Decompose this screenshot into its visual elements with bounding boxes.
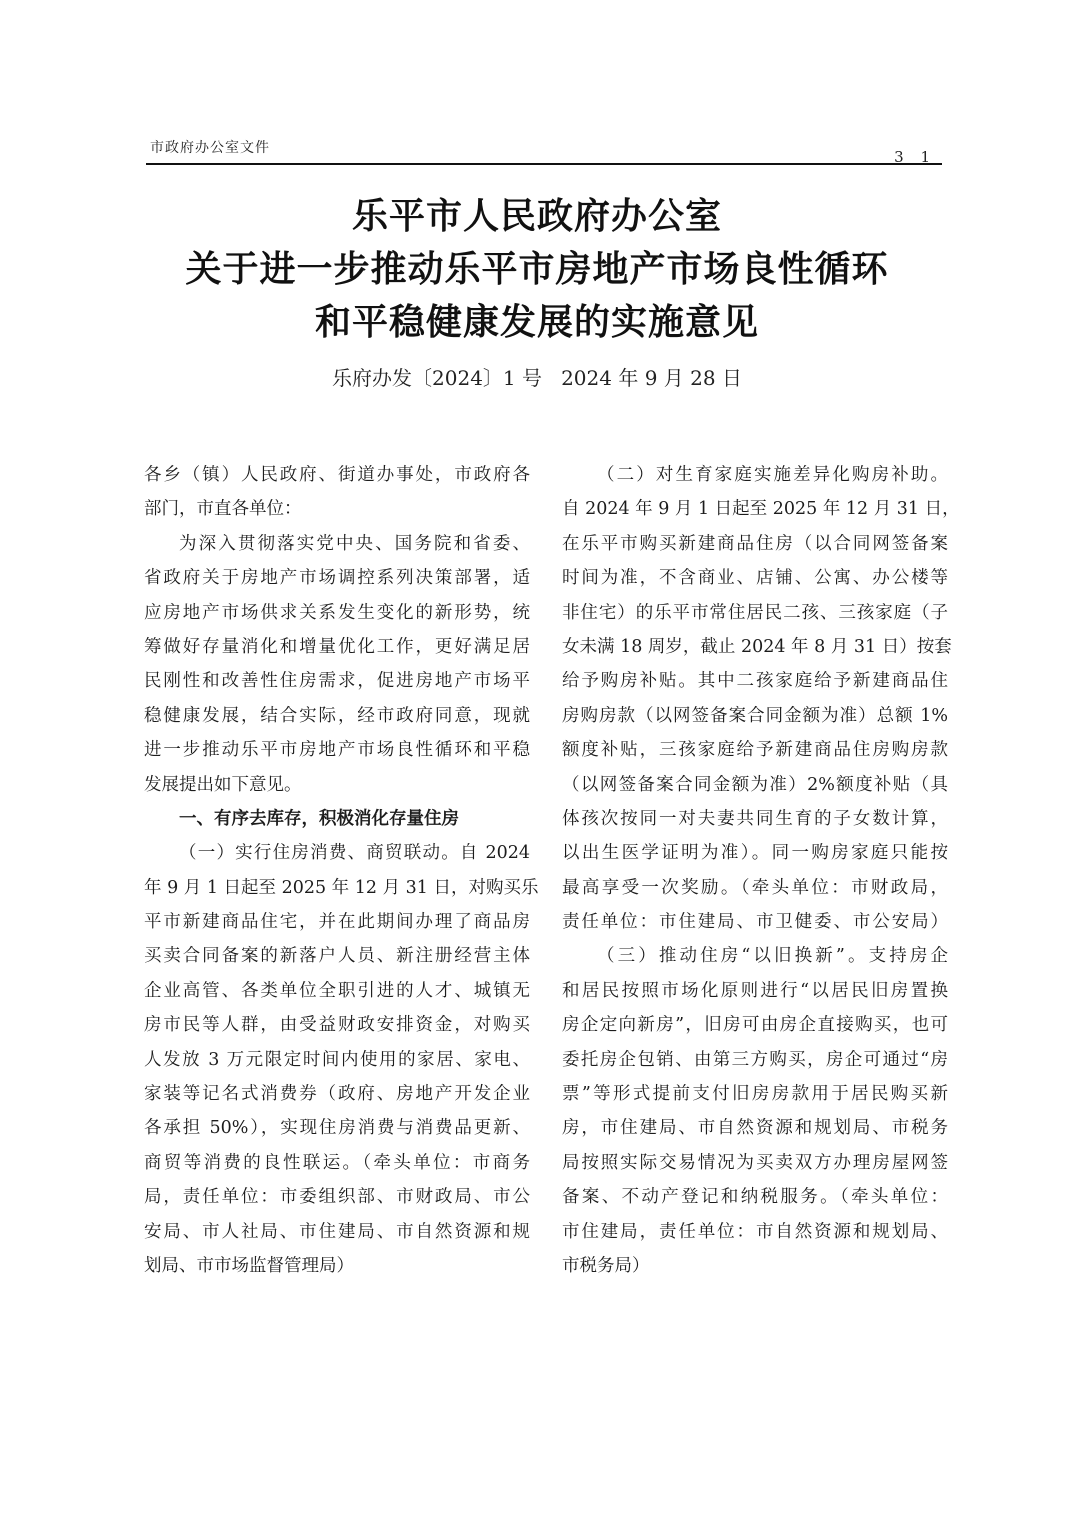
text-line: 票”等形式提前支付旧房房款用于居民购买新	[562, 1077, 948, 1111]
line-text: 委托房企包销、由第三方购买，房企可通过“房	[562, 1043, 948, 1077]
line-text: 为深入贯彻落实党中央、国务院和省委、	[179, 527, 530, 561]
text-line: 买卖合同备案的新落户人员、新注册经营主体	[144, 939, 530, 973]
line-text: 房市民等人群，由受益财政安排资金，对购买	[144, 1008, 530, 1042]
right-column: （二）对生育家庭实施差异化购房补助。自 2024 年 9 月 1 日起至 202…	[562, 458, 948, 1283]
document-page: 市政府办公室文件 3 1 乐平市人民政府办公室 关于进一步推动乐平市房地产市场良…	[0, 0, 1074, 1520]
line-text: 自 2024 年 9 月 1 日起至 2025 年 12 月 31 日，	[562, 492, 948, 526]
line-text: （三）推动住房“以旧换新”。支持房企	[597, 939, 948, 973]
text-line: 体孩次按同一对夫妻共同生育的子女数计算，	[562, 802, 948, 836]
text-line: 家装等记名式消费券（政府、房地产开发企业	[144, 1077, 530, 1111]
line-text: 筹做好存量消化和增量优化工作，更好满足居	[144, 630, 530, 664]
text-line: 应房地产市场供求关系发生变化的新形势，统	[144, 596, 530, 630]
line-text: 局按照实际交易情况为买卖双方办理房屋网签	[562, 1146, 948, 1180]
text-line: 时间为准，不含商业、店铺、公寓、办公楼等	[562, 561, 948, 595]
line-text: 时间为准，不含商业、店铺、公寓、办公楼等	[562, 561, 948, 595]
line-text: 局，责任单位：市委组织部、市财政局、市公	[144, 1180, 530, 1214]
line-text: 商贸等消费的良性联运。（牵头单位：市商务	[144, 1146, 530, 1180]
line-text: 备案、不动产登记和纳税服务。（牵头单位：	[562, 1180, 948, 1214]
line-text: （二）对生育家庭实施差异化购房补助。	[597, 458, 948, 492]
line-text: 房企定向新房”，旧房可由房企直接购买，也可	[562, 1008, 948, 1042]
line-text: 市住建局，责任单位：市自然资源和规划局、	[562, 1215, 948, 1249]
line-text: 家装等记名式消费券（政府、房地产开发企业	[144, 1077, 530, 1111]
text-line: 在乐平市购买新建商品住房（以合同网签备案	[562, 527, 948, 561]
text-line: 最高享受一次奖励。（牵头单位：市财政局，	[562, 871, 948, 905]
text-line: 民刚性和改善性住房需求，促进房地产市场平	[144, 664, 530, 698]
text-line: 责任单位：市住建局、市卫健委、市公安局）	[562, 905, 948, 939]
header-label: 市政府办公室文件	[150, 137, 270, 157]
text-line: 商贸等消费的良性联运。（牵头单位：市商务	[144, 1146, 530, 1180]
running-header: 市政府办公室文件 3 1	[146, 134, 942, 166]
text-line: 年 9 月 1 日起至 2025 年 12 月 31 日，对购买乐	[144, 871, 530, 905]
line-text: 女未满 18 周岁，截止 2024 年 8 月 31 日）按套	[562, 630, 948, 664]
text-line: 平市新建商品住宅，并在此期间办理了商品房	[144, 905, 530, 939]
line-text: 体孩次按同一对夫妻共同生育的子女数计算，	[562, 802, 948, 836]
line-text: 房购房款（以网签备案合同金额为准）总额 1%	[562, 699, 948, 733]
text-line: 为深入贯彻落实党中央、国务院和省委、	[144, 527, 530, 561]
text-line: （以网签备案合同金额为准）2%额度补贴（具	[562, 768, 948, 802]
subsection-heading-line: （二）对生育家庭实施差异化购房补助。	[562, 458, 948, 492]
line-text: 安局、市人社局、市住建局、市自然资源和规	[144, 1215, 530, 1249]
line-text: 省政府关于房地产市场调控系列决策部署，适	[144, 561, 530, 595]
line-text: 平市新建商品住宅，并在此期间办理了商品房	[144, 905, 530, 939]
text-line: 划局、市市场监督管理局）	[144, 1249, 530, 1283]
line-text: 非住宅）的乐平市常住居民二孩、三孩家庭（子	[562, 596, 948, 630]
line-text: 一、有序去库存，积极消化存量住房	[179, 802, 530, 836]
line-text: （以网签备案合同金额为准）2%额度补贴（具	[562, 768, 948, 802]
text-line: 自 2024 年 9 月 1 日起至 2025 年 12 月 31 日，	[562, 492, 948, 526]
line-text: 以出生医学证明为准）。同一购房家庭只能按	[562, 836, 948, 870]
text-line: 安局、市人社局、市住建局、市自然资源和规	[144, 1215, 530, 1249]
line-text: 民刚性和改善性住房需求，促进房地产市场平	[144, 664, 530, 698]
text-line: 以出生医学证明为准）。同一购房家庭只能按	[562, 836, 948, 870]
header-rule	[146, 163, 942, 165]
line-text: 市税务局）	[562, 1249, 948, 1283]
line-text: 责任单位：市住建局、市卫健委、市公安局）	[562, 905, 948, 939]
line-text: 最高享受一次奖励。（牵头单位：市财政局，	[562, 871, 948, 905]
text-line: 房市民等人群，由受益财政安排资金，对购买	[144, 1008, 530, 1042]
document-title: 乐平市人民政府办公室 关于进一步推动乐平市房地产市场良性循环 和平稳健康发展的实…	[0, 190, 1074, 349]
subsection-heading-line: （三）推动住房“以旧换新”。支持房企	[562, 939, 948, 973]
line-text: 各乡（镇）人民政府、街道办事处，市政府各	[144, 458, 530, 492]
text-line: 各乡（镇）人民政府、街道办事处，市政府各	[144, 458, 530, 492]
line-text: 房，市住建局、市自然资源和规划局、市税务	[562, 1111, 948, 1145]
text-line: 部门，市直各单位：	[144, 492, 530, 526]
text-line: 局，责任单位：市委组织部、市财政局、市公	[144, 1180, 530, 1214]
text-line: 进一步推动乐平市房地产市场良性循环和平稳	[144, 733, 530, 767]
text-line: 稳健康发展，结合实际，经市政府同意，现就	[144, 699, 530, 733]
title-line-2: 关于进一步推动乐平市房地产市场良性循环	[0, 243, 1074, 296]
text-line: 房企定向新房”，旧房可由房企直接购买，也可	[562, 1008, 948, 1042]
line-text: 部门，市直各单位：	[144, 492, 530, 526]
text-line: 企业高管、各类单位全职引进的人才、城镇无	[144, 974, 530, 1008]
document-number-and-date: 乐府办发〔2024〕1 号 2024 年 9 月 28 日	[0, 362, 1074, 391]
title-line-1: 乐平市人民政府办公室	[0, 190, 1074, 243]
text-line: 市税务局）	[562, 1249, 948, 1283]
title-line-3: 和平稳健康发展的实施意见	[0, 296, 1074, 349]
line-text: 额度补贴，三孩家庭给予新建商品住房购房款	[562, 733, 948, 767]
text-line: 各承担 50%），实现住房消费与消费品更新、	[144, 1111, 530, 1145]
text-line: 委托房企包销、由第三方购买，房企可通过“房	[562, 1043, 948, 1077]
line-text: 发展提出如下意见。	[144, 768, 530, 802]
text-line: 省政府关于房地产市场调控系列决策部署，适	[144, 561, 530, 595]
text-line: 市住建局，责任单位：市自然资源和规划局、	[562, 1215, 948, 1249]
text-line: 局按照实际交易情况为买卖双方办理房屋网签	[562, 1146, 948, 1180]
text-line: 给予购房补贴。其中二孩家庭给予新建商品住	[562, 664, 948, 698]
line-text: （一）实行住房消费、商贸联动。自 2024	[179, 836, 530, 870]
line-text: 进一步推动乐平市房地产市场良性循环和平稳	[144, 733, 530, 767]
line-text: 买卖合同备案的新落户人员、新注册经营主体	[144, 939, 530, 973]
line-text: 在乐平市购买新建商品住房（以合同网签备案	[562, 527, 948, 561]
text-line: 和居民按照市场化原则进行“以居民旧房置换	[562, 974, 948, 1008]
line-text: 划局、市市场监督管理局）	[144, 1249, 530, 1283]
line-text: 和居民按照市场化原则进行“以居民旧房置换	[562, 974, 948, 1008]
section-heading: 一、有序去库存，积极消化存量住房	[144, 802, 530, 836]
text-line: 发展提出如下意见。	[144, 768, 530, 802]
text-line: 筹做好存量消化和增量优化工作，更好满足居	[144, 630, 530, 664]
line-text: 应房地产市场供求关系发生变化的新形势，统	[144, 596, 530, 630]
line-text: 人发放 3 万元限定时间内使用的家居、家电、	[144, 1043, 530, 1077]
text-line: 房，市住建局、市自然资源和规划局、市税务	[562, 1111, 948, 1145]
line-text: 各承担 50%），实现住房消费与消费品更新、	[144, 1111, 530, 1145]
line-text: 年 9 月 1 日起至 2025 年 12 月 31 日，对购买乐	[144, 871, 530, 905]
line-text: 企业高管、各类单位全职引进的人才、城镇无	[144, 974, 530, 1008]
text-line: 女未满 18 周岁，截止 2024 年 8 月 31 日）按套	[562, 630, 948, 664]
text-line: 非住宅）的乐平市常住居民二孩、三孩家庭（子	[562, 596, 948, 630]
line-text: 稳健康发展，结合实际，经市政府同意，现就	[144, 699, 530, 733]
text-line: 人发放 3 万元限定时间内使用的家居、家电、	[144, 1043, 530, 1077]
line-text: 给予购房补贴。其中二孩家庭给予新建商品住	[562, 664, 948, 698]
subsection-heading-line: （一）实行住房消费、商贸联动。自 2024	[144, 836, 530, 870]
left-column: 各乡（镇）人民政府、街道办事处，市政府各部门，市直各单位：为深入贯彻落实党中央、…	[144, 458, 530, 1283]
text-line: 备案、不动产登记和纳税服务。（牵头单位：	[562, 1180, 948, 1214]
text-line: 房购房款（以网签备案合同金额为准）总额 1%	[562, 699, 948, 733]
text-line: 额度补贴，三孩家庭给予新建商品住房购房款	[562, 733, 948, 767]
line-text: 票”等形式提前支付旧房房款用于居民购买新	[562, 1077, 948, 1111]
